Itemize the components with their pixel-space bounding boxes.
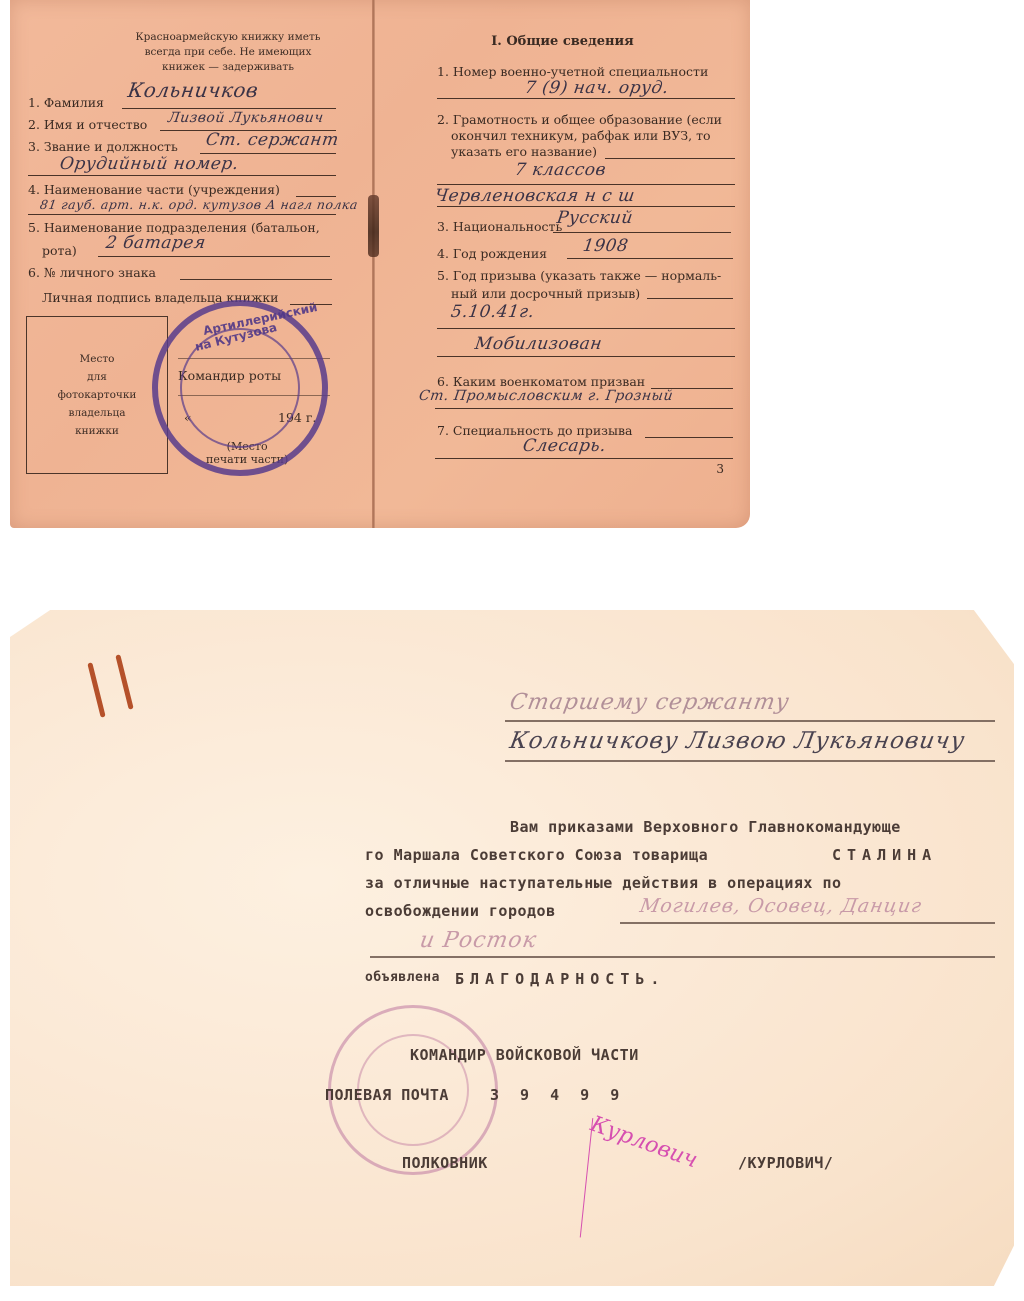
stalin-name: СТАЛИНА xyxy=(832,846,937,864)
cities-value: Могилев, Осовец, Данциг xyxy=(638,895,924,917)
field-military-office-value: Ст. Промысловским г. Грозный xyxy=(418,388,674,404)
warning-line: книжек — задерживать xyxy=(128,60,328,75)
underline xyxy=(370,956,995,958)
field-subunit-label-cont: рота) xyxy=(42,243,77,258)
red-army-booklet: Красноармейскую книжку иметь всегда при … xyxy=(10,0,750,528)
underline xyxy=(647,298,733,299)
field-rank-label: 3. Звание и должность xyxy=(28,139,178,154)
body-line-3: за отличные наступательные действия в оп… xyxy=(365,874,842,892)
underline xyxy=(98,256,330,257)
underline xyxy=(505,720,995,722)
field-nationality-label: 3. Национальность xyxy=(437,219,562,234)
underline xyxy=(435,408,733,409)
photo-placeholder: Место для фотокарточки владельца книжки xyxy=(26,316,168,474)
field-rank-value: Ст. сержант xyxy=(205,130,340,150)
underline xyxy=(620,922,995,924)
field-name-value: Лизвой Лукьянович xyxy=(167,110,325,126)
photo-box-line: фотокарточки xyxy=(58,386,137,404)
underline xyxy=(553,232,731,233)
underline xyxy=(437,98,735,99)
gratitude-word: БЛАГОДАРНОСТЬ. xyxy=(455,970,665,988)
photo-box-line: книжки xyxy=(75,422,119,440)
announced-prefix: объявлена xyxy=(365,970,440,985)
underline xyxy=(28,214,336,215)
booklet-warning: Красноармейскую книжку иметь всегда при … xyxy=(128,30,328,75)
photo-box-line: владельца xyxy=(69,404,126,422)
field-conscription-label: 5. Год призыва (указать также — нормаль- xyxy=(437,268,721,283)
field-position-value: Орудийный номер. xyxy=(59,154,240,174)
field-education-label-cont: указать его название) xyxy=(451,144,597,159)
field-conscription-date-value: 5.10.41г. xyxy=(450,302,536,322)
field-id-tag-label: 6. № личного знака xyxy=(28,265,156,280)
underline xyxy=(645,437,733,438)
field-name-label: 2. Имя и отчество xyxy=(28,117,147,132)
field-education-value: 7 классов xyxy=(514,160,608,180)
underline xyxy=(437,356,735,357)
field-birth-year-label: 4. Год рождения xyxy=(437,246,547,261)
field-specialty-number-value: 7 (9) нач. оруд. xyxy=(524,78,670,98)
field-birth-year-value: 1908 xyxy=(582,236,630,256)
field-post-label: ПОЛЕВАЯ ПОЧТА xyxy=(325,1086,449,1104)
addressee-line-2: Кольничкову Лизвою Лукьяновичу xyxy=(508,728,968,754)
field-nationality-value: Русский xyxy=(556,208,635,228)
underline xyxy=(28,175,336,176)
commander-rank: ПОЛКОВНИК xyxy=(402,1154,488,1172)
field-surname-label: 1. Фамилия xyxy=(28,95,104,110)
field-conscription-label-cont: ный или досрочный призыв) xyxy=(451,286,640,301)
field-surname-value: Кольничков xyxy=(126,78,260,102)
underline xyxy=(435,458,733,459)
addressee-line-1: Старшему сержанту xyxy=(508,690,792,715)
cities-value-cont: и Росток xyxy=(418,928,539,953)
field-unit-label: 4. Наименование части (учреждения) xyxy=(28,182,280,197)
field-specialty-number-label: 1. Номер военно-учетной специальности xyxy=(437,64,708,79)
field-post-number: 3 9 4 9 9 xyxy=(490,1086,625,1104)
red-pencil-mark xyxy=(115,654,133,710)
underline xyxy=(505,760,995,762)
page-number: 3 xyxy=(716,462,724,476)
field-unit-value: 81 гауб. арт. н.к. орд. кутузов А нагл п… xyxy=(39,197,359,212)
underline xyxy=(567,258,733,259)
commendation-letter: Старшему сержанту Кольничкову Лизвою Лук… xyxy=(10,610,1014,1286)
field-military-office-label: 6. Каким военкоматом призван xyxy=(437,374,645,389)
booklet-left-page: Красноармейскую книжку иметь всегда при … xyxy=(10,0,372,528)
body-line-4: освобождении городов xyxy=(365,902,556,920)
field-education-label-cont: окончил техникум, рабфак или ВУЗ, то xyxy=(451,128,711,143)
underline xyxy=(180,279,332,280)
body-line-1: Вам приказами Верховного Главнокомандующ… xyxy=(510,818,901,836)
section-title: I. Общие сведения xyxy=(375,34,750,49)
field-school-value: Червленовская н с ш xyxy=(434,186,637,206)
booklet-right-page: I. Общие сведения 1. Номер военно-учетно… xyxy=(375,0,750,528)
red-pencil-mark xyxy=(87,662,105,718)
commander-title: КОМАНДИР ВОЙСКОВОЙ ЧАСТИ xyxy=(410,1046,639,1064)
photo-box-line: для xyxy=(87,368,107,386)
field-subunit-value: 2 батарея xyxy=(105,233,207,253)
warning-line: Красноармейскую книжку иметь xyxy=(128,30,328,45)
field-civil-specialty-value: Слесарь. xyxy=(522,436,608,456)
underline xyxy=(437,328,735,329)
commander-name: /КУРЛОВИЧ/ xyxy=(738,1154,833,1172)
warning-line: всегда при себе. Не имеющих xyxy=(128,45,328,60)
field-education-label: 2. Грамотность и общее образование (если xyxy=(437,112,722,127)
body-line-2: го Маршала Советского Союза товарища xyxy=(365,846,708,864)
photo-box-line: Место xyxy=(80,350,115,368)
field-conscription-type-value: Мобилизован xyxy=(474,334,604,354)
underline xyxy=(605,158,735,159)
